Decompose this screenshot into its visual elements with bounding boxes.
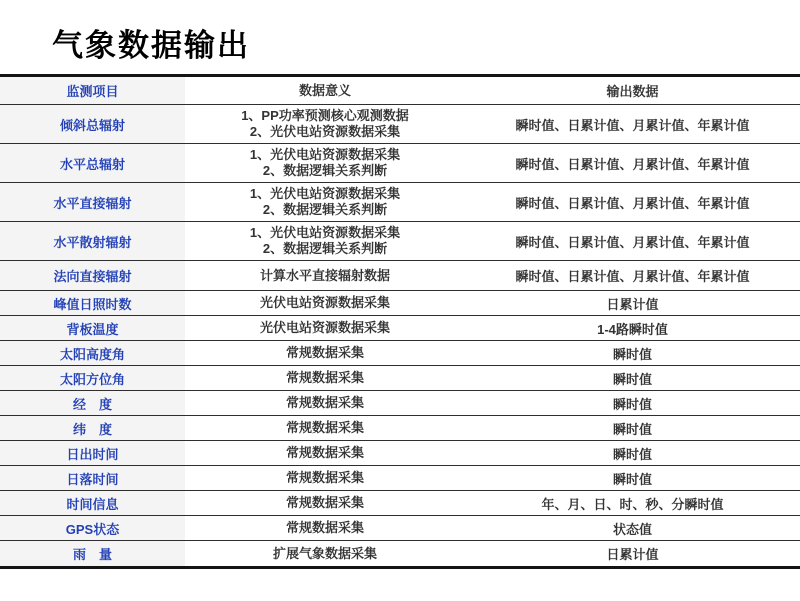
- meaning-cell: 常规数据采集: [185, 391, 465, 415]
- meaning-line: 2、数据逻辑关系判断: [263, 241, 387, 257]
- output-cell: 瞬时值、日累计值、月累计值、年累计值: [465, 144, 800, 182]
- table-header-row: 监测项目 数据意义 输出数据: [0, 77, 800, 105]
- item-cell: 背板温度: [0, 316, 185, 340]
- table-row: 太阳高度角 常规数据采集 瞬时值: [0, 341, 800, 366]
- output-cell: 瞬时值、日累计值、月累计值、年累计值: [465, 183, 800, 221]
- output-cell: 瞬时值、日累计值、月累计值、年累计值: [465, 105, 800, 143]
- output-cell: 1-4路瞬时值: [465, 316, 800, 340]
- item-cell: 峰值日照时数: [0, 291, 185, 315]
- meaning-cell: 1、PP功率预测核心观测数据 2、光伏电站资源数据采集: [185, 105, 465, 143]
- table-row: 纬 度 常规数据采集 瞬时值: [0, 416, 800, 441]
- item-cell: 法向直接辐射: [0, 261, 185, 290]
- table-row: 太阳方位角 常规数据采集 瞬时值: [0, 366, 800, 391]
- output-cell: 日累计值: [465, 541, 800, 566]
- meaning-cell: 扩展气象数据采集: [185, 541, 465, 566]
- table-row: 水平散射辐射 1、光伏电站资源数据采集 2、数据逻辑关系判断 瞬时值、日累计值、…: [0, 222, 800, 261]
- item-cell: 水平总辐射: [0, 144, 185, 182]
- item-cell: 日落时间: [0, 466, 185, 490]
- meaning-line: 1、光伏电站资源数据采集: [250, 186, 400, 202]
- item-cell: 水平直接辐射: [0, 183, 185, 221]
- table-row: 日出时间 常规数据采集 瞬时值: [0, 441, 800, 466]
- meaning-cell: 常规数据采集: [185, 366, 465, 390]
- output-cell: 瞬时值: [465, 466, 800, 490]
- table-row: 日落时间 常规数据采集 瞬时值: [0, 466, 800, 491]
- page-title: 气象数据输出: [52, 20, 250, 65]
- output-cell: 瞬时值: [465, 391, 800, 415]
- item-cell: 太阳方位角: [0, 366, 185, 390]
- header-output-data: 输出数据: [465, 77, 800, 104]
- item-cell: 时间信息: [0, 491, 185, 515]
- meaning-cell: 计算水平直接辐射数据: [185, 261, 465, 290]
- output-cell: 状态值: [465, 516, 800, 540]
- table-row: 峰值日照时数 光伏电站资源数据采集 日累计值: [0, 291, 800, 316]
- item-cell: 太阳高度角: [0, 341, 185, 365]
- meaning-cell: 常规数据采集: [185, 466, 465, 490]
- meaning-cell: 1、光伏电站资源数据采集 2、数据逻辑关系判断: [185, 144, 465, 182]
- output-cell: 瞬时值: [465, 341, 800, 365]
- meaning-cell: 1、光伏电站资源数据采集 2、数据逻辑关系判断: [185, 183, 465, 221]
- header-monitoring-item: 监测项目: [0, 77, 185, 104]
- meaning-line: 1、光伏电站资源数据采集: [250, 147, 400, 163]
- item-cell: 倾斜总辐射: [0, 105, 185, 143]
- meaning-line: 1、PP功率预测核心观测数据: [241, 108, 409, 124]
- item-cell: 经 度: [0, 391, 185, 415]
- table-row: 背板温度 光伏电站资源数据采集 1-4路瞬时值: [0, 316, 800, 341]
- output-cell: 瞬时值、日累计值、月累计值、年累计值: [465, 222, 800, 260]
- meaning-line: 2、数据逻辑关系判断: [263, 202, 387, 218]
- item-cell: 雨 量: [0, 541, 185, 566]
- table-row: 雨 量 扩展气象数据采集 日累计值: [0, 541, 800, 566]
- output-cell: 瞬时值: [465, 366, 800, 390]
- table-row: 倾斜总辐射 1、PP功率预测核心观测数据 2、光伏电站资源数据采集 瞬时值、日累…: [0, 105, 800, 144]
- item-cell: 纬 度: [0, 416, 185, 440]
- meaning-cell: 光伏电站资源数据采集: [185, 316, 465, 340]
- output-cell: 瞬时值、日累计值、月累计值、年累计值: [465, 261, 800, 290]
- item-cell: GPS状态: [0, 516, 185, 540]
- output-cell: 日累计值: [465, 291, 800, 315]
- output-cell: 瞬时值: [465, 441, 800, 465]
- meaning-cell: 常规数据采集: [185, 341, 465, 365]
- item-cell: 日出时间: [0, 441, 185, 465]
- header-data-meaning: 数据意义: [185, 77, 465, 104]
- meaning-cell: 常规数据采集: [185, 441, 465, 465]
- meaning-cell: 常规数据采集: [185, 491, 465, 515]
- table-row: 水平直接辐射 1、光伏电站资源数据采集 2、数据逻辑关系判断 瞬时值、日累计值、…: [0, 183, 800, 222]
- meaning-cell: 常规数据采集: [185, 416, 465, 440]
- meaning-line: 2、数据逻辑关系判断: [263, 163, 387, 179]
- table-row: 时间信息 常规数据采集 年、月、日、时、秒、分瞬时值: [0, 491, 800, 516]
- table-row: 经 度 常规数据采集 瞬时值: [0, 391, 800, 416]
- meaning-cell: 1、光伏电站资源数据采集 2、数据逻辑关系判断: [185, 222, 465, 260]
- meaning-line: 2、光伏电站资源数据采集: [250, 124, 400, 140]
- meaning-cell: 常规数据采集: [185, 516, 465, 540]
- meaning-cell: 光伏电站资源数据采集: [185, 291, 465, 315]
- table-row: GPS状态 常规数据采集 状态值: [0, 516, 800, 541]
- meaning-line: 1、光伏电站资源数据采集: [250, 225, 400, 241]
- output-cell: 年、月、日、时、秒、分瞬时值: [465, 491, 800, 515]
- item-cell: 水平散射辐射: [0, 222, 185, 260]
- table-row: 法向直接辐射 计算水平直接辐射数据 瞬时值、日累计值、月累计值、年累计值: [0, 261, 800, 291]
- output-cell: 瞬时值: [465, 416, 800, 440]
- slide-page: 气象数据输出 监测项目 数据意义 输出数据 倾斜总辐射 1、PP功率预测核心观测…: [0, 0, 800, 601]
- weather-data-output-table: 监测项目 数据意义 输出数据 倾斜总辐射 1、PP功率预测核心观测数据 2、光伏…: [0, 74, 800, 569]
- table-row: 水平总辐射 1、光伏电站资源数据采集 2、数据逻辑关系判断 瞬时值、日累计值、月…: [0, 144, 800, 183]
